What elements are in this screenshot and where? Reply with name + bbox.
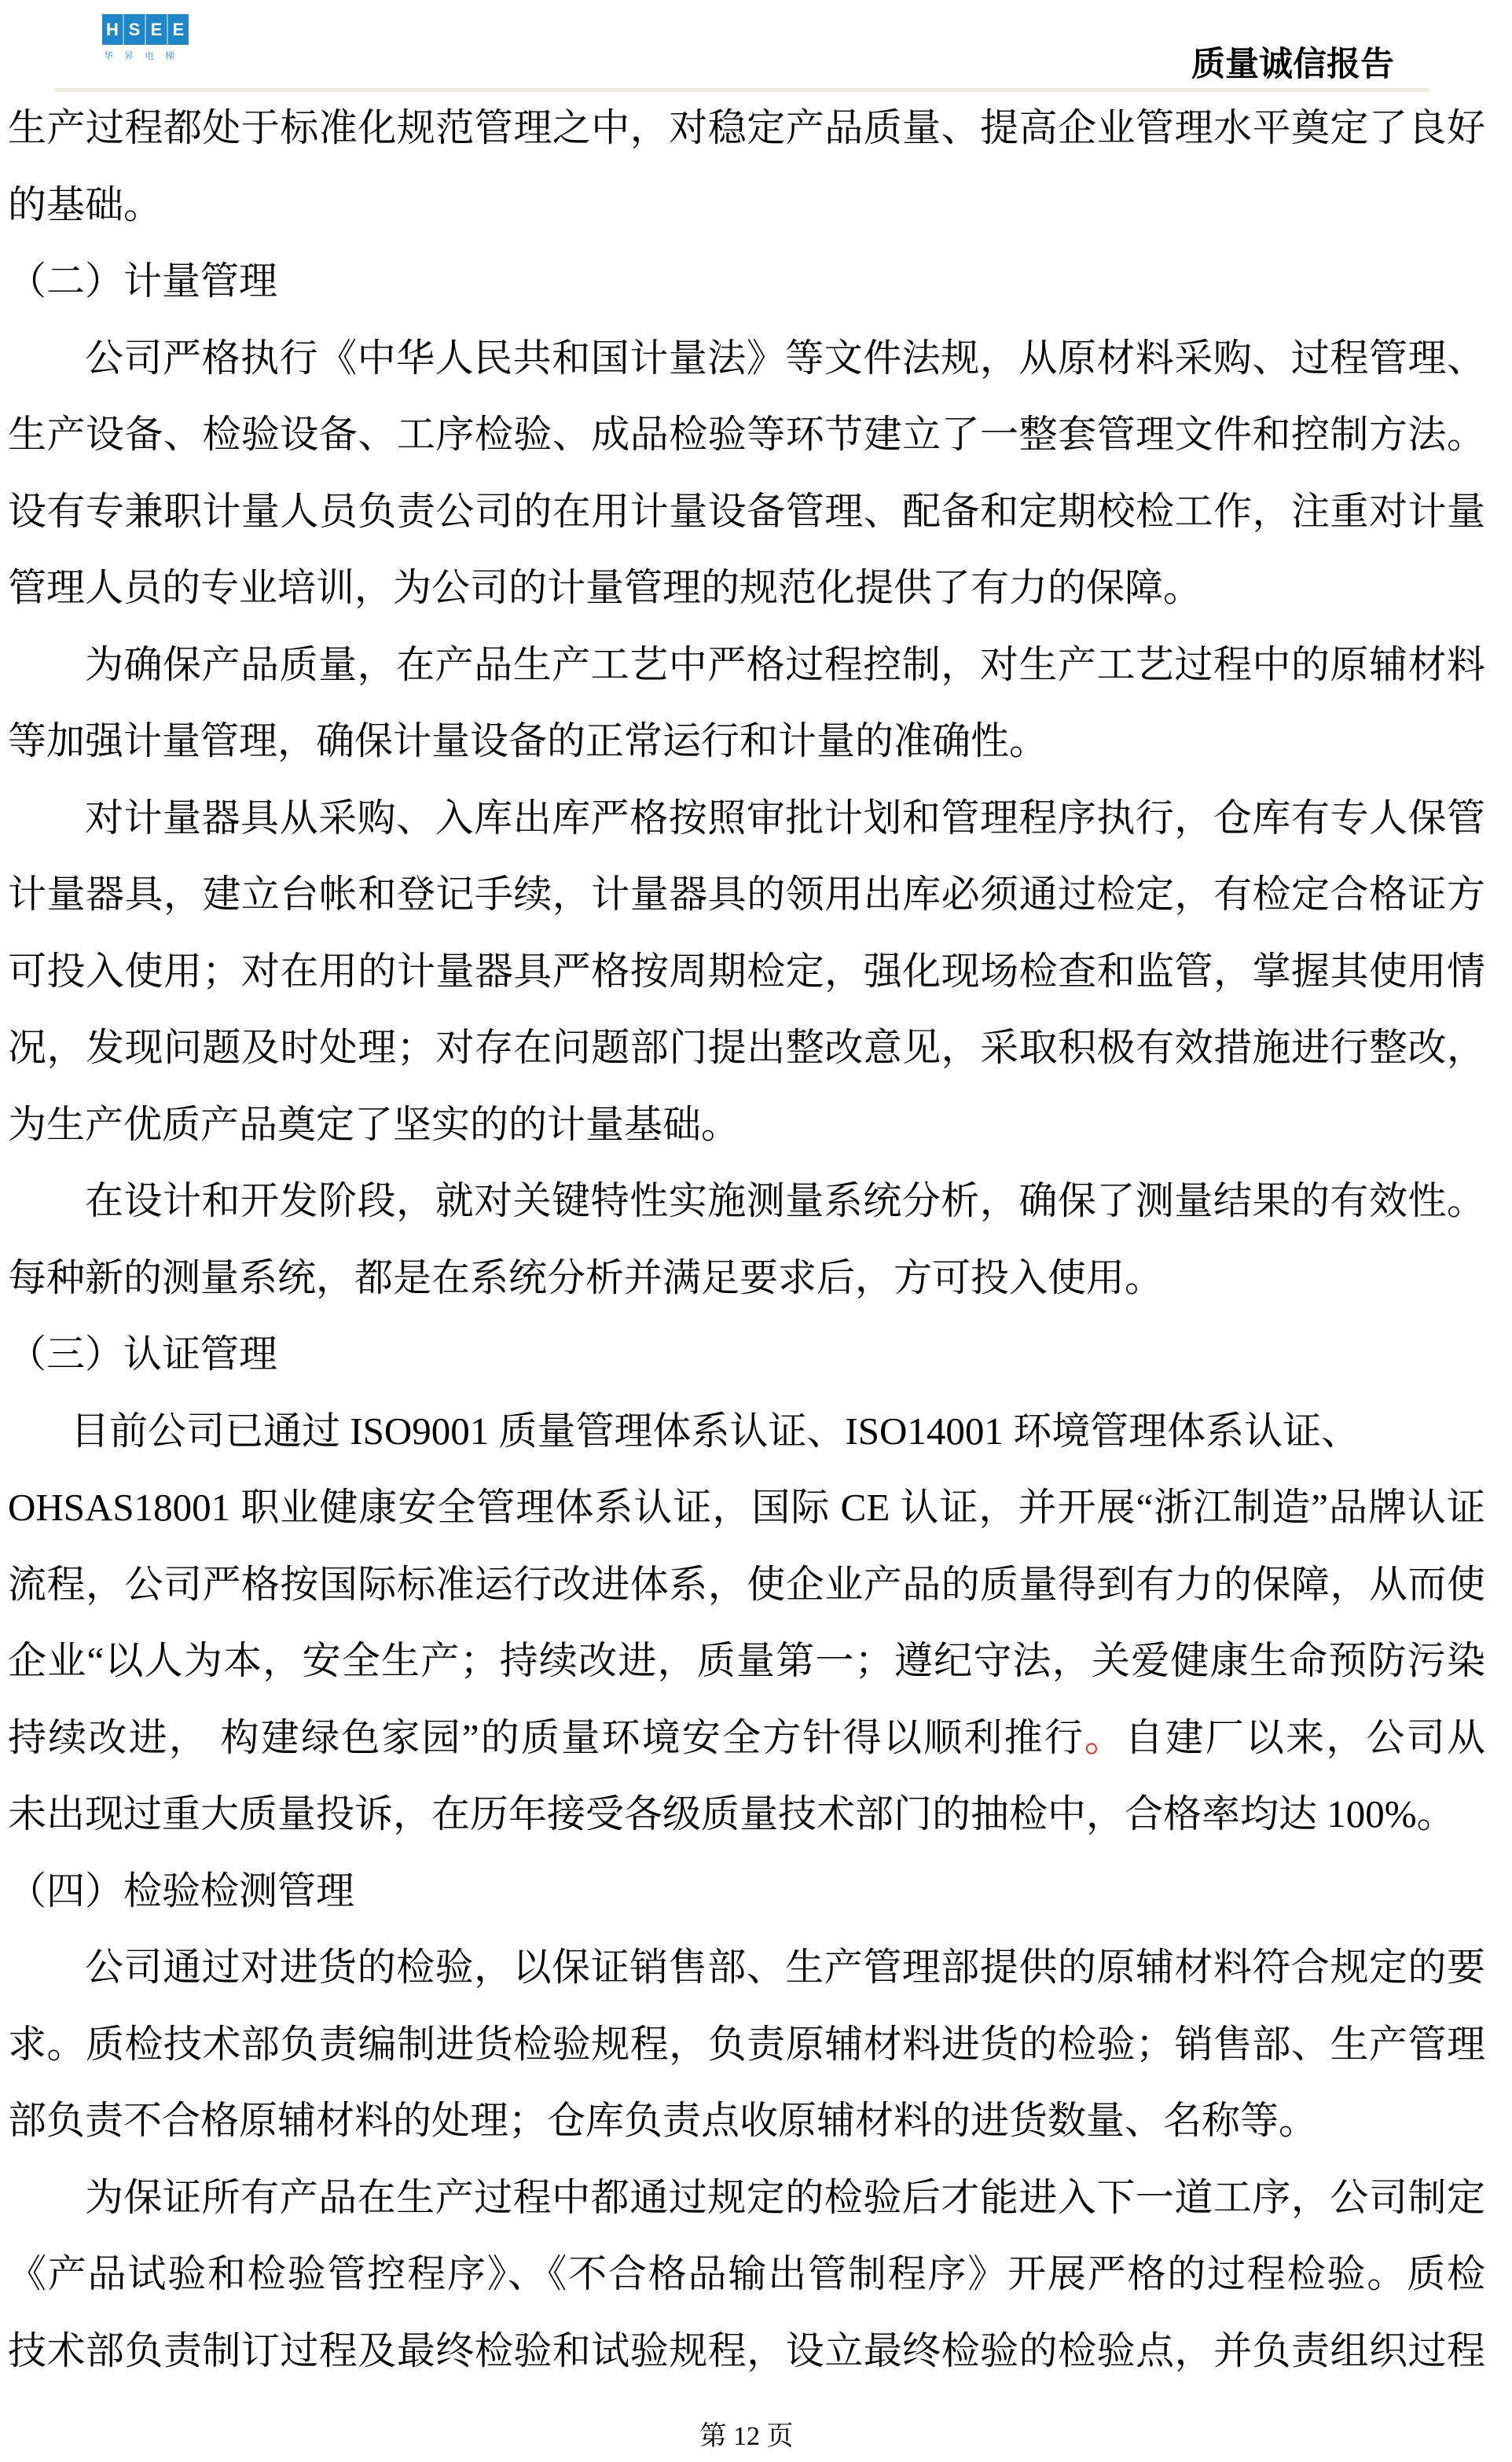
body-text-line: 的基础。 [8, 167, 1485, 244]
logo-caption: 华昇电梯 [104, 50, 185, 62]
body-text-line: 管理人员的专业培训，为公司的计量管理的规范化提供了有力的保障。 [8, 549, 1485, 627]
body-text-line: 技术部负责制订过程及最终检验和试验规程，设立最终检验的检验点，并负责组织过程 [8, 2313, 1485, 2390]
document-header-title: 质量诚信报告 [1191, 47, 1394, 82]
paragraph-start-line: 为保证所有产品在生产过程中都通过规定的检验后才能进入下一道工序，公司制定 [8, 2159, 1485, 2236]
paragraph-start-line: 为确保产品质量，在产品生产工艺中严格过程控制，对生产工艺过程中的原辅材料 [8, 627, 1485, 704]
logo-letter: H [102, 14, 124, 45]
logo-letter: E [168, 14, 189, 45]
body-text-line: 流程，公司严格按国际标准运行改进体系，使企业产品的质量得到有力的保障，从而使 [8, 1546, 1485, 1623]
text-segment: 自建厂以来，公司从 [1125, 1716, 1485, 1759]
red-period-mark: 。 [1084, 1716, 1125, 1759]
paragraph-start-line: 在设计和开发阶段，就对关键特性实施测量系统分析，确保了测量结果的有效性。 [8, 1163, 1485, 1240]
body-text-line: 生产设备、检验设备、工序检验、成品检验等环节建立了一整套管理文件和控制方法。 [8, 396, 1485, 473]
section-heading-inspection: （四）检验检测管理 [8, 1853, 1485, 1930]
section-heading-metrology: （二）计量管理 [8, 243, 1485, 320]
body-text-line: 计量器具，建立台帐和登记手续，计量器具的领用出库必须通过检定，有检定合格证方 [8, 856, 1485, 933]
body-text-line: 等加强计量管理，确保计量设备的正常运行和计量的准确性。 [8, 703, 1485, 780]
paragraph-start-line: 公司严格执行《中华人民共和国计量法》等文件法规，从原材料采购、过程管理、 [8, 320, 1485, 397]
document-body: 生产过程都处于标准化规范管理之中，对稳定产品质量、提高企业管理水平奠定了良好 的… [8, 90, 1485, 2389]
logo-letter: S [124, 14, 146, 45]
company-logo: H S E E [102, 14, 189, 45]
paragraph-start-line: 对计量器具从采购、入库出库严格按照审批计划和管理程序执行，仓库有专人保管 [8, 780, 1485, 857]
paragraph-start-line: 公司通过对进货的检验，以保证销售部、生产管理部提供的原辅材料符合规定的要 [8, 1929, 1485, 2006]
paragraph-start-line: 目前公司已通过 ISO9001 质量管理体系认证、ISO14001 环境管理体系… [8, 1393, 1485, 1470]
body-text-line: 部负责不合格原辅材料的处理；仓库负责点收原辅材料的进货数量、名称等。 [8, 2082, 1485, 2159]
body-text-line: 每种新的测量系统，都是在系统分析并满足要求后，方可投入使用。 [8, 1240, 1485, 1317]
body-text-line: 设有专兼职计量人员负责公司的在用计量设备管理、配备和定期校检工作，注重对计量 [8, 473, 1485, 550]
body-text-line: 求。质检技术部负责编制进货检验规程，负责原辅材料进货的检验；销售部、生产管理 [8, 2006, 1485, 2083]
body-text-line: 《产品试验和检验管控程序》、《不合格品输出管制程序》开展严格的过程检验。质检 [8, 2236, 1485, 2313]
body-text-line: 为生产优质产品奠定了坚实的的计量基础。 [8, 1086, 1485, 1163]
text-segment: 持续改进， 构建绿色家园”的质量环境安全方针得以顺利推行 [8, 1716, 1084, 1759]
body-text-line: 持续改进， 构建绿色家园”的质量环境安全方针得以顺利推行。自建厂以来，公司从 [8, 1700, 1485, 1777]
body-text-line: 况，发现问题及时处理；对存在问题部门提出整改意见，采取积极有效措施进行整改， [8, 1009, 1485, 1086]
body-text-line: 生产过程都处于标准化规范管理之中，对稳定产品质量、提高企业管理水平奠定了良好 [8, 90, 1485, 167]
body-text-line: 未出现过重大质量投诉，在历年接受各级质量技术部门的抽检中，合格率均达 100%。 [8, 1776, 1485, 1853]
section-heading-certification: （三）认证管理 [8, 1316, 1485, 1393]
body-text-line: 企业“以人为本，安全生产；持续改进，质量第一；遵纪守法，关爱健康生命预防污染 ， [8, 1622, 1485, 1700]
body-text-line: 可投入使用；对在用的计量器具严格按周期检定，强化现场检查和监管，掌握其使用情 [8, 933, 1485, 1010]
page-number: 第 12 页 [8, 2421, 1485, 2453]
logo-letter: E [146, 14, 168, 45]
body-text-line: OHSAS18001 职业健康安全管理体系认证，国际 CE 认证，并开展“浙江制… [8, 1469, 1485, 1546]
